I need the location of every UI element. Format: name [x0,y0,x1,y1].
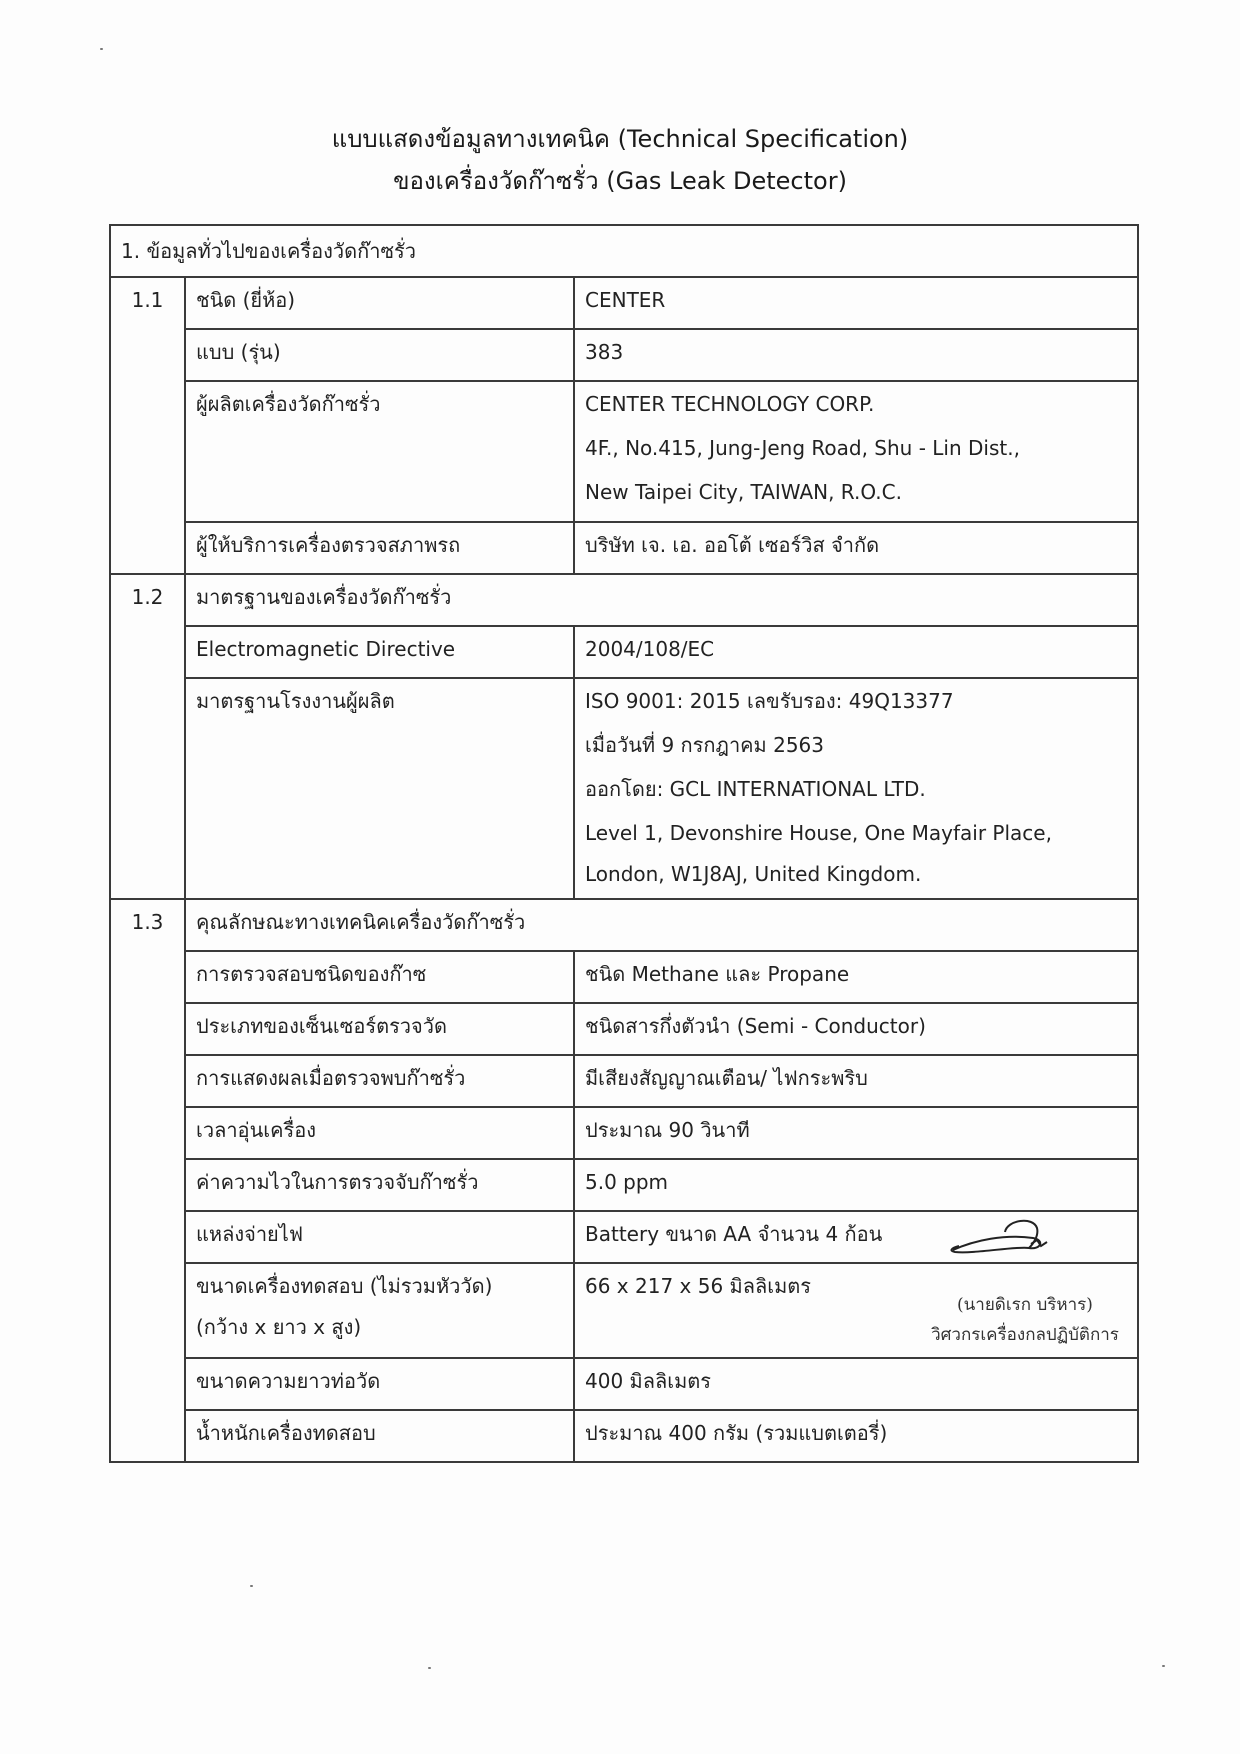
table-row: แหล่งจ่ายไฟ Battery ขนาด AA จำนวน 4 ก้อน [110,1211,1138,1263]
row-label: ชนิด (ยี่ห้อ) [185,277,574,329]
signatory-position: วิศวกรเครื่องกลปฏิบัติการ [925,1320,1125,1350]
table-row: การแสดงผลเมื่อตรวจพบก๊าซรั่ว มีเสียงสัญญ… [110,1055,1138,1107]
row-label: แหล่งจ่ายไฟ [185,1211,574,1263]
row-label: ผู้ผลิตเครื่องวัดก๊าซรั่ว [185,381,574,522]
row-label: ขนาดความยาวท่อวัด [185,1358,574,1410]
row-label: น้ำหนักเครื่องทดสอบ [185,1410,574,1462]
value-line: ISO 9001: 2015 เลขรับรอง: 49Q13377 [585,679,1127,723]
table-row: 1.2 มาตรฐานของเครื่องวัดก๊าซรั่ว [110,574,1138,626]
row-value: 2004/108/EC [574,626,1138,678]
row-value: Battery ขนาด AA จำนวน 4 ก้อน [574,1211,1138,1263]
table-row: การตรวจสอบชนิดของก๊าซ ชนิด Methane และ P… [110,951,1138,1003]
row-label: ประเภทของเซ็นเซอร์ตรวจวัด [185,1003,574,1055]
row-value: CENTER [574,277,1138,329]
row-value: 400 มิลลิเมตร [574,1358,1138,1410]
table-row: มาตรฐานโรงงานผู้ผลิต ISO 9001: 2015 เลขร… [110,678,1138,899]
table-row: Electromagnetic Directive 2004/108/EC [110,626,1138,678]
row-label: การตรวจสอบชนิดของก๊าซ [185,951,574,1003]
row-label: ขนาดเครื่องทดสอบ (ไม่รวมหัววัด) (กว้าง x… [185,1263,574,1358]
value-text: 66 x 217 x 56 มิลลิเมตร [585,1274,811,1298]
subsection-heading: คุณลักษณะทางเทคนิคเครื่องวัดก๊าซรั่ว [185,899,1138,951]
row-label: แบบ (รุ่น) [185,329,574,381]
scan-speck [100,48,103,50]
table-row: น้ำหนักเครื่องทดสอบ ประมาณ 400 กรัม (รวม… [110,1410,1138,1462]
section-1-heading-row: 1. ข้อมูลทั่วไปของเครื่องวัดก๊าซรั่ว [110,225,1138,277]
table-row: ผู้ผลิตเครื่องวัดก๊าซรั่ว CENTER TECHNOL… [110,381,1138,522]
value-line: London, W1J8AJ, United Kingdom. [585,855,1127,893]
value-text: Battery ขนาด AA จำนวน 4 ก้อน [585,1222,882,1246]
row-value: 66 x 217 x 56 มิลลิเมตร (นายดิเรก บริหาร… [574,1263,1138,1358]
row-value: 383 [574,329,1138,381]
value-line: New Taipei City, TAIWAN, R.O.C. [585,470,1127,514]
section-number: 1.3 [110,899,185,1462]
table-row: ค่าความไวในการตรวจจับก๊าซรั่ว 5.0 ppm [110,1159,1138,1211]
scan-speck [428,1667,431,1669]
scan-speck [1162,1665,1165,1667]
table-row: 1.1 ชนิด (ยี่ห้อ) CENTER [110,277,1138,329]
signature-icon [945,1214,1055,1258]
table-row: 1.3 คุณลักษณะทางเทคนิคเครื่องวัดก๊าซรั่ว [110,899,1138,951]
label-line: ขนาดเครื่องทดสอบ (ไม่รวมหัววัด) [196,1264,563,1308]
signatory-name: (นายดิเรก บริหาร) [925,1290,1125,1320]
row-value: ISO 9001: 2015 เลขรับรอง: 49Q13377 เมื่อ… [574,678,1138,899]
label-line: (กว้าง x ยาว x สูง) [196,1308,563,1346]
row-label: Electromagnetic Directive [185,626,574,678]
value-line: 4F., No.415, Jung-Jeng Road, Shu - Lin D… [585,426,1127,470]
row-value: มีเสียงสัญญาณเตือน/ ไฟกระพริบ [574,1055,1138,1107]
row-value: ประมาณ 400 กรัม (รวมแบตเตอรี่) [574,1410,1138,1462]
row-value: ประมาณ 90 วินาที [574,1107,1138,1159]
table-row: ขนาดเครื่องทดสอบ (ไม่รวมหัววัด) (กว้าง x… [110,1263,1138,1358]
scan-speck [250,1585,253,1587]
row-label: ผู้ให้บริการเครื่องตรวจสภาพรถ [185,522,574,574]
value-line: ออกโดย: GCL INTERNATIONAL LTD. [585,767,1127,811]
table-row: ประเภทของเซ็นเซอร์ตรวจวัด ชนิดสารกึ่งตัว… [110,1003,1138,1055]
value-line: เมื่อวันที่ 9 กรกฎาคม 2563 [585,723,1127,767]
row-value: 5.0 ppm [574,1159,1138,1211]
document-title: แบบแสดงข้อมูลทางเทคนิค (Technical Specif… [0,118,1240,202]
subsection-heading: มาตรฐานของเครื่องวัดก๊าซรั่ว [185,574,1138,626]
table-row: ขนาดความยาวท่อวัด 400 มิลลิเมตร [110,1358,1138,1410]
section-number: 1.1 [110,277,185,574]
title-line-1: แบบแสดงข้อมูลทางเทคนิค (Technical Specif… [0,118,1240,160]
row-label: เวลาอุ่นเครื่อง [185,1107,574,1159]
table-row: เวลาอุ่นเครื่อง ประมาณ 90 วินาที [110,1107,1138,1159]
value-line: Level 1, Devonshire House, One Mayfair P… [585,811,1127,855]
row-label: ค่าความไวในการตรวจจับก๊าซรั่ว [185,1159,574,1211]
spec-table: 1. ข้อมูลทั่วไปของเครื่องวัดก๊าซรั่ว 1.1… [109,224,1139,1463]
row-label: มาตรฐานโรงงานผู้ผลิต [185,678,574,899]
section-number: 1.2 [110,574,185,899]
value-line: CENTER TECHNOLOGY CORP. [585,382,1127,426]
table-row: แบบ (รุ่น) 383 [110,329,1138,381]
row-label: การแสดงผลเมื่อตรวจพบก๊าซรั่ว [185,1055,574,1107]
row-value: บริษัท เจ. เอ. ออโต้ เซอร์วิส จำกัด [574,522,1138,574]
table-row: ผู้ให้บริการเครื่องตรวจสภาพรถ บริษัท เจ.… [110,522,1138,574]
row-value: ชนิดสารกึ่งตัวนำ (Semi - Conductor) [574,1003,1138,1055]
row-value: CENTER TECHNOLOGY CORP. 4F., No.415, Jun… [574,381,1138,522]
section-1-heading: 1. ข้อมูลทั่วไปของเครื่องวัดก๊าซรั่ว [110,225,1138,277]
row-value: ชนิด Methane และ Propane [574,951,1138,1003]
signatory-block: (นายดิเรก บริหาร) วิศวกรเครื่องกลปฏิบัติ… [925,1290,1125,1350]
title-line-2: ของเครื่องวัดก๊าซรั่ว (Gas Leak Detector… [0,160,1240,202]
